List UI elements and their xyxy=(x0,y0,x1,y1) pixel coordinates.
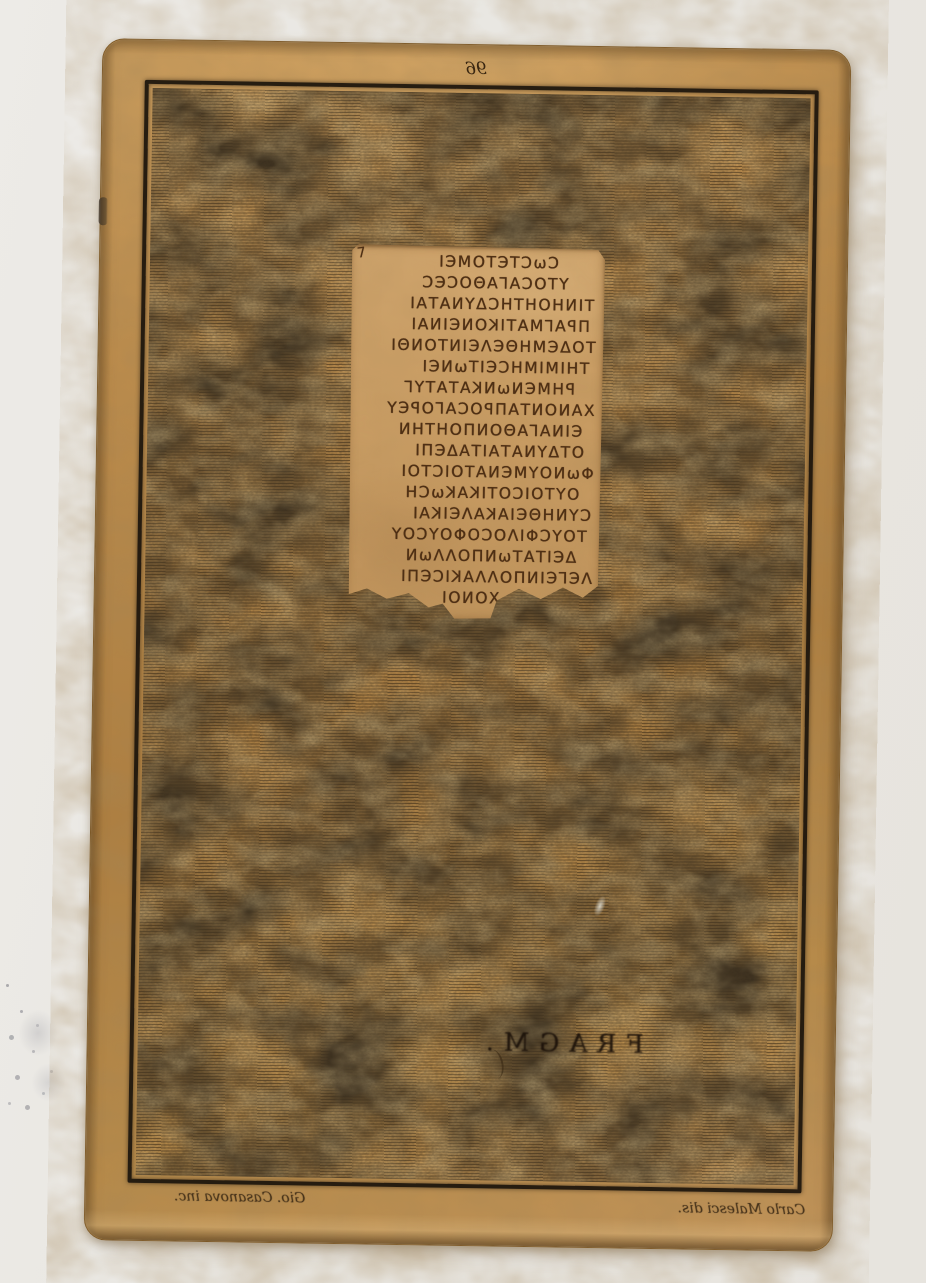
engraver-signature-left: Gio. Casanova inc. xyxy=(115,1188,305,1207)
dust-smudge xyxy=(10,1000,80,1110)
papyrus-line: ΤΟΥϹΦΙΛΟϹΟΦΟΥϹΟΥ xyxy=(354,523,593,548)
papyrus-line: ΧΑΝΟΝΤΑΠΡΟϹΑΓΟΡЄΥ xyxy=(356,397,595,422)
copper-plate: 96 7 ϹωϹΤЄΤΟΜЄΙ ΥΤΟϹΑΓΑΘΟϹЄϹ ΤΙΝΗΟΗΤΗϹΔΥ… xyxy=(84,38,852,1252)
papyrus-fragment: 7 ϹωϹΤЄΤΟΜЄΙ ΥΤΟϹΑΓΑΘΟϹЄϹ ΤΙΝΗΟΗΤΗϹΔΥΝΑΤ… xyxy=(344,244,605,622)
dust-speckles xyxy=(6,984,9,987)
plate-number: 96 xyxy=(459,59,493,80)
papyrus-line: ΤΟΔЄΜΗΘЄΛЄΙΝΤΟΝΘΙ xyxy=(357,334,596,359)
engraver-signature-right: Carlo Malesci dis. xyxy=(615,1199,805,1218)
photo-background: { "photo": { "background_color": "#e9e7e… xyxy=(0,0,926,1283)
greek-text-block: ϹωϹΤЄΤΟΜЄΙ ΥΤΟϹΑΓΑΘΟϹЄϹ ΤΙΝΗΟΗΤΗϹΔΥΝΑΤΑΙ… xyxy=(352,250,597,622)
plate-edge-nick xyxy=(99,197,108,225)
